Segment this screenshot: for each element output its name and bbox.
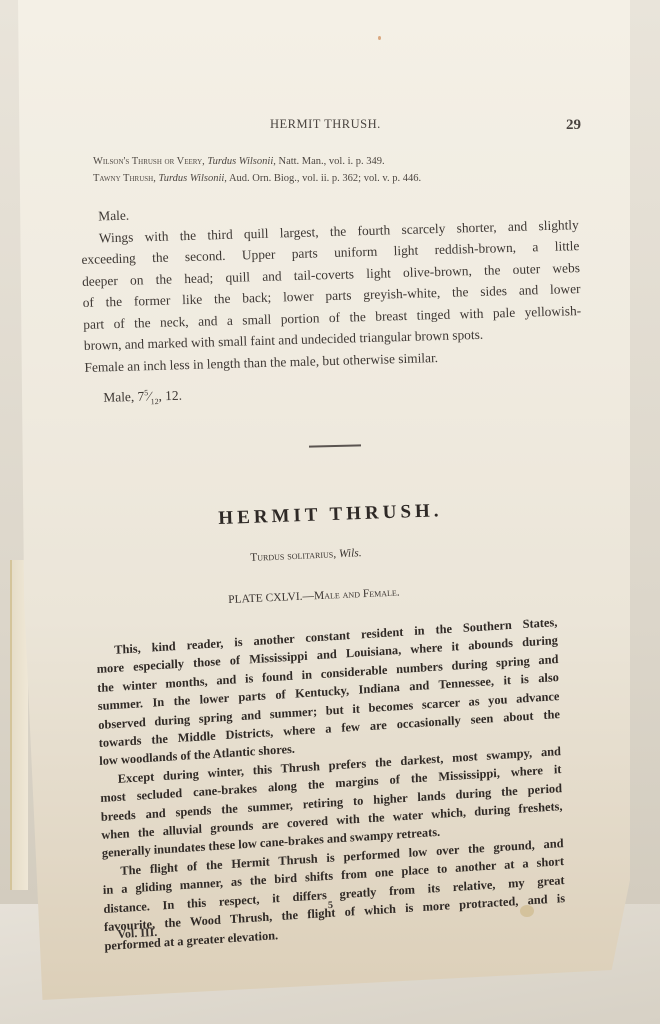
fraction-numerator: 5 — [144, 388, 148, 397]
measurement-length: Male, 7 — [103, 389, 144, 405]
common-name: Wilson's Thrush or Veery — [93, 156, 202, 167]
volume-label: Vol. III. — [117, 925, 158, 942]
page-number: 29 — [566, 117, 581, 134]
article-title: HERMIT THRUSH. — [218, 500, 443, 530]
synonymy-entry: Tawny Thrush, Turdus Wilsonii, Aud. Orn.… — [93, 170, 563, 187]
binomial-name: Turdus Wilsonii — [158, 173, 224, 184]
plate-caption: PLATE CXLVI.—Male and Female. — [228, 587, 400, 606]
measurement: Male, 75⁄12, 12. — [85, 370, 584, 415]
binomial-author: Wils. — [339, 547, 362, 560]
foxing-stain — [520, 905, 534, 917]
binomial-name: Turdus solitarius — [250, 548, 333, 564]
measurement-wingspan: , 12. — [158, 388, 182, 404]
description-continuation: exceeding the second. Upper parts unifor… — [81, 235, 582, 378]
common-name: Tawny Thrush — [93, 173, 153, 184]
synonymy-list: Wilson's Thrush or Veery, Turdus Wilsoni… — [93, 153, 563, 187]
article-binomial: Turdus solitarius, Wils. — [250, 547, 362, 564]
bibliographic-reference: Natt. Man., vol. i. p. 349. — [278, 156, 384, 167]
bibliographic-reference: Aud. Orn. Biog., vol. ii. p. 362; vol. v… — [229, 173, 421, 184]
section-divider-rule — [309, 444, 361, 447]
running-head: HERMIT THRUSH. — [270, 117, 381, 132]
foxing-stain — [378, 36, 381, 40]
binomial-name: Turdus Wilsonii — [207, 156, 273, 167]
plate-subject: Male and Female. — [314, 587, 400, 603]
synonymy-entry: Wilson's Thrush or Veery, Turdus Wilsoni… — [93, 153, 563, 170]
page-content: HERMIT THRUSH. 29 Wilson's Thrush or Vee… — [0, 0, 660, 1024]
species-description: Male. Wings with the third quill largest… — [80, 192, 584, 414]
plate-number: PLATE CXLVI. — [228, 591, 303, 606]
printer-signature-mark: 5 — [328, 900, 334, 911]
